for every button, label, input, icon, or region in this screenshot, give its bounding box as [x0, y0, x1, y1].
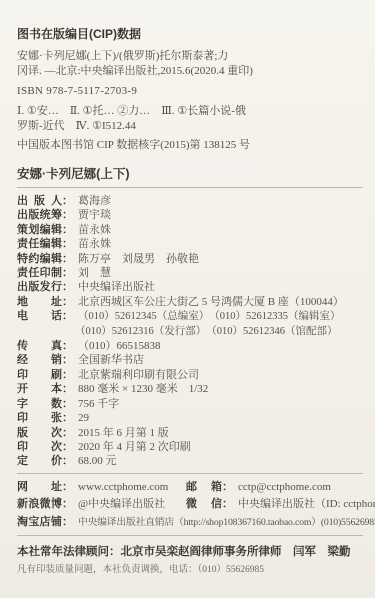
cip-record-number: 中国版本图书馆 CIP 数据核字(2015)第 138125 号 [17, 139, 363, 152]
isbn: ISBN 978-7-5117-2703-9 [17, 85, 363, 98]
colophon-row-value: 880 毫米 × 1230 毫米 1/32 [78, 382, 208, 396]
contact-row-label: 淘宝店铺 [17, 514, 62, 532]
contact-row-value: www.cctphome.com [78, 479, 186, 497]
colophon-row-label: 出版人 [17, 194, 62, 208]
colophon-row-value: 陈万亭 刘晟男 孙敬艳 [78, 252, 199, 266]
colophon-row-label: 传真 [17, 339, 62, 353]
divider-top-of-contact [17, 473, 363, 474]
colophon-row-label: 经销 [17, 353, 62, 367]
contact-row-value-2: 中央编译出版社（ID: cctphome） [238, 496, 375, 514]
colophon-row: 责任编辑：苗永姝 [17, 237, 363, 251]
colophon-row-value: 2020 年 4 月第 2 次印刷 [78, 440, 191, 454]
contact-row-label-2: 微信 [186, 496, 222, 514]
colophon-row-colon: ： [62, 252, 73, 266]
colophon-row-label: 印刷 [17, 368, 62, 382]
colophon-row: 出版统筹：贾宇琰 [17, 208, 363, 222]
colophon-row-value: 北京西城区车公庄大街乙 5 号鸿儒大厦 B 座（100044） [78, 295, 344, 309]
contact-row: 新浪微博：@中央编译出版社微信：中央编译出版社（ID: cctphome） [17, 496, 363, 514]
colophon-row-value: 2015 年 6 月第 1 版 [78, 426, 169, 440]
contact-row-colon-2: ： [222, 496, 233, 514]
contact-row-value-2: cctp@cctphome.com [238, 479, 331, 497]
colophon-row-colon: ： [62, 223, 73, 237]
colophon-row: 开本：880 毫米 × 1230 毫米 1/32 [17, 382, 363, 396]
colophon-row: 电话：（010）52612345（总编室） （010）52612335（编辑室） [17, 309, 363, 324]
colophon-row: 策划编辑：苗永姝 [17, 223, 363, 237]
colophon-row: 字数：756 千字 [17, 397, 363, 411]
quality-notice: 凡有印装质量问题，本社负责调换，电话：（010）55626985 [17, 564, 363, 577]
colophon-row-label: 版次 [17, 426, 62, 440]
cip-classification: Ⅰ. ①安… Ⅱ. ①托… ②力… Ⅲ. ①长篇小说-俄 罗斯-近代 Ⅳ. ①I… [17, 104, 363, 133]
colophon-row: 特约编辑：陈万亭 刘晟男 孙敬艳 [17, 252, 363, 266]
colophon-row-value: 葛海彦 [78, 194, 111, 208]
colophon-row-label: 印次 [17, 440, 62, 454]
colophon-row-label: 字数 [17, 397, 62, 411]
colophon-row-label: 地址 [17, 295, 62, 309]
colophon-row-colon: ： [62, 353, 73, 367]
colophon-row: 印次：2020 年 4 月第 2 次印刷 [17, 440, 363, 454]
contact-row: 淘宝店铺：中央编译出版社直销店（http://shop108367160.tao… [17, 514, 363, 532]
contact-row-label: 新浪微博 [17, 496, 62, 514]
colophon-row: 地址：北京西城区车公庄大街乙 5 号鸿儒大厦 B 座（100044） [17, 295, 363, 309]
colophon-row-value: 756 千字 [78, 397, 119, 411]
colophon-row-label: 印张 [17, 411, 62, 425]
colophon-row-label: 出版统筹 [17, 208, 62, 222]
divider-top-of-footer [17, 535, 363, 536]
colophon-row-value: 贾宇琰 [78, 208, 111, 222]
cip-classification-line-1: Ⅰ. ①安… Ⅱ. ①托… ②力… Ⅲ. ①长篇小说-俄 [17, 104, 363, 119]
colophon-row-label: 特约编辑 [17, 252, 62, 266]
colophon-row-value: 中央编译出版社 [78, 280, 155, 294]
colophon-row-colon: ： [62, 295, 73, 309]
contact-row-value: @中央编译出版社 [78, 496, 186, 514]
colophon-row-value: 刘 慧 [78, 266, 111, 280]
contact-row-colon: ： [62, 514, 73, 532]
colophon-row-colon: ： [62, 368, 73, 382]
colophon-row-colon: ： [62, 266, 73, 280]
colophon-row-value: 苗永姝 [78, 237, 111, 251]
colophon-row-colon: ： [62, 208, 73, 222]
colophon-row: 定价：68.00 元 [17, 454, 363, 468]
colophon-row-value: 68.00 元 [78, 454, 117, 468]
contact-row-colon: ： [62, 479, 73, 497]
colophon-row-label: 开本 [17, 382, 62, 396]
colophon-row: 出版发行：中央编译出版社 [17, 280, 363, 294]
colophon-row-colon: ： [62, 426, 73, 440]
contact-row: 网址：www.cctphome.com邮箱：cctp@cctphome.com [17, 479, 363, 497]
colophon-row-colon: ： [62, 280, 73, 294]
copyright-page: 图书在版编目(CIP)数据 安娜·卡列尼娜(上下)/(俄罗斯)托尔斯泰著;力 冈… [0, 0, 375, 598]
colophon-row-colon: ： [62, 339, 73, 353]
legal-counsel-line: 本社常年法律顾问：北京市吴栾赵阎律师事务所律师 闫军 梁勤 [17, 545, 363, 560]
colophon-row-value: 29 [78, 411, 89, 425]
cip-description: 安娜·卡列尼娜(上下)/(俄罗斯)托尔斯泰著;力 冈译. —北京:中央编译出版社… [17, 49, 363, 78]
colophon-row-colon: ： [62, 411, 73, 425]
colophon-row-value: 苗永姝 [78, 223, 111, 237]
colophon-row: 传真：（010）66515838 [17, 339, 363, 353]
colophon-row-label: 策划编辑 [17, 223, 62, 237]
colophon-row: 责任印制：刘 慧 [17, 266, 363, 280]
book-title: 安娜·卡列尼娜(上下) [17, 166, 363, 188]
colophon-row-label: 出版发行 [17, 280, 62, 294]
cip-header: 图书在版编目(CIP)数据 [17, 26, 363, 42]
colophon-row-colon: ： [62, 237, 73, 251]
colophon-row: 出版人：葛海彦 [17, 194, 363, 208]
colophon-row-colon: ： [62, 454, 73, 468]
colophon-row-colon: ： [62, 309, 73, 323]
contact-row-value: 中央编译出版社直销店（http://shop108367160.taobao.c… [78, 514, 375, 532]
colophon-row-label: 定价 [17, 454, 62, 468]
colophon-row: 经销：全国新华书店 [17, 353, 363, 367]
colophon-row-label: 责任印制 [17, 266, 62, 280]
colophon-row: 印刷：北京紫瑞利印刷有限公司 [17, 368, 363, 382]
colophon-rows: 出版人：葛海彦出版统筹：贾宇琰策划编辑：苗永姝责任编辑：苗永姝特约编辑：陈万亭 … [17, 194, 363, 469]
colophon-row: 印张：29 [17, 411, 363, 425]
colophon-row-colon: ： [62, 397, 73, 411]
cip-classification-line-2: 罗斯-近代 Ⅳ. ①I512.44 [17, 119, 363, 134]
cip-description-line-1: 安娜·卡列尼娜(上下)/(俄罗斯)托尔斯泰著;力 [17, 49, 363, 64]
contact-rows: 网址：www.cctphome.com邮箱：cctp@cctphome.com新… [17, 479, 363, 532]
colophon-row-label: 责任编辑 [17, 237, 62, 251]
colophon-row-colon: ： [62, 194, 73, 208]
colophon-row-value: 全国新华书店 [78, 353, 144, 367]
colophon-row-label: 电话 [17, 309, 62, 323]
contact-row-colon-2: ： [222, 479, 233, 497]
colophon-row-colon: ： [62, 440, 73, 454]
contact-row-colon: ： [62, 496, 73, 514]
colophon-row-value: （010）52612316（发行部） （010）52612346（馆配部） [75, 325, 338, 339]
cip-description-line-2: 冈译. —北京:中央编译出版社,2015.6(2020.4 重印) [17, 64, 363, 79]
colophon-row-value: （010）66515838 [78, 339, 161, 353]
contact-row-label: 网址 [17, 479, 62, 497]
colophon-row: 版次：2015 年 6 月第 1 版 [17, 426, 363, 440]
contact-row-label-2: 邮箱 [186, 479, 222, 497]
colophon-row-value: 北京紫瑞利印刷有限公司 [78, 368, 199, 382]
colophon-row-value: （010）52612345（总编室） （010）52612335（编辑室） [78, 310, 341, 324]
colophon-row-colon: ： [62, 382, 73, 396]
colophon-row: （010）52612316（发行部） （010）52612346（馆配部） [17, 325, 363, 339]
